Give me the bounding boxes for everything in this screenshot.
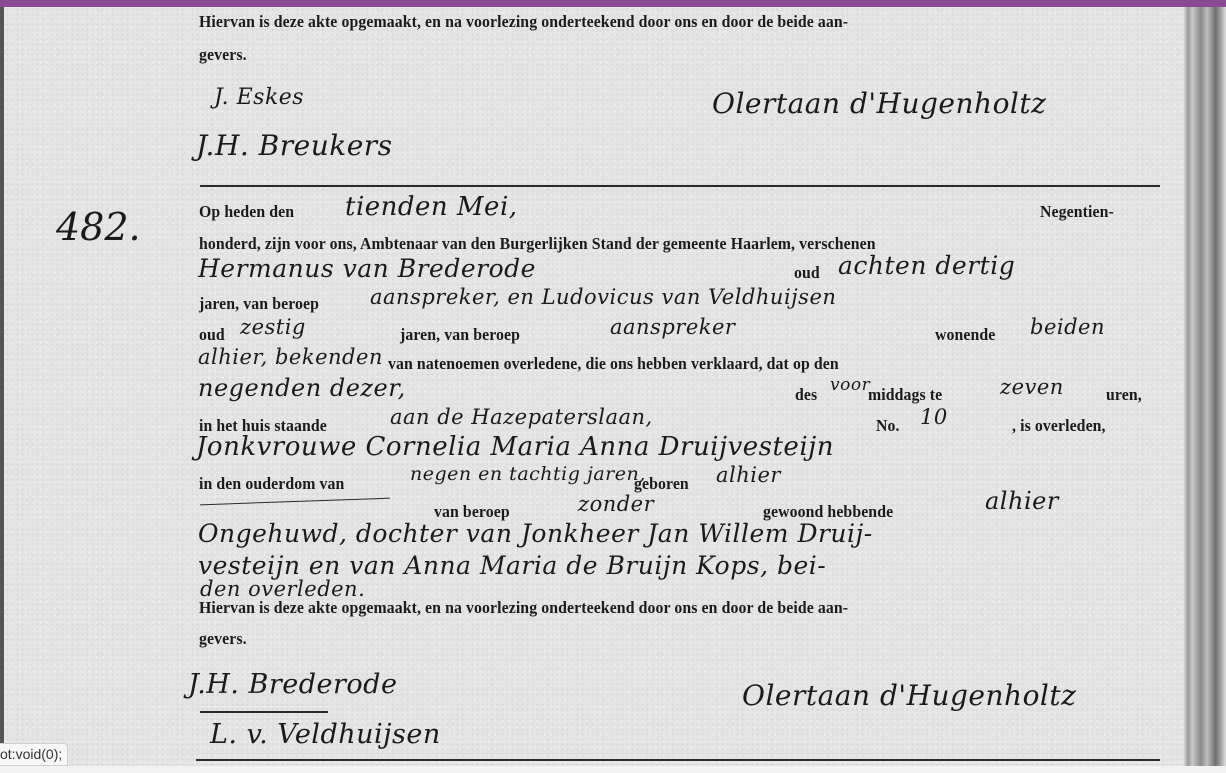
previous-signature-right: Olertaan d'Hugenholtz: [712, 87, 1046, 120]
handwritten-house-number: 10: [920, 405, 948, 429]
printed-text: jaren, van beroep: [400, 325, 520, 345]
handwritten-occupation: zonder: [578, 492, 654, 516]
entry-bottom-rule: [196, 759, 1160, 761]
handwritten-age: negen en tachtig jaren,: [410, 463, 646, 485]
page-left-edge: [0, 7, 4, 767]
printed-text: Op heden den: [199, 202, 294, 222]
printed-text: geboren: [634, 474, 689, 494]
previous-closing-line-2: gevers.: [199, 45, 247, 65]
handwritten-occupation: aanspreker: [610, 315, 735, 339]
handwritten-text: voor: [830, 375, 870, 395]
handwritten-age: achten dertig: [838, 251, 1015, 280]
printed-text: jaren, van beroep: [199, 294, 319, 314]
handwritten-date: tienden Mei,: [345, 192, 518, 222]
handwritten-text: alhier, bekenden: [198, 345, 383, 369]
previous-closing-line-1: Hiervan is deze akte opgemaakt, en na vo…: [199, 12, 848, 32]
entry-number: 482.: [56, 205, 141, 249]
printed-text: van natenoemen overledene, die ons hebbe…: [388, 354, 839, 374]
handwritten-parents-1: Ongehuwd, dochter van Jonkheer Jan Wille…: [198, 519, 873, 548]
printed-text: honderd, zijn voor ons, Ambtenaar van de…: [199, 234, 876, 254]
printed-text: oud: [794, 263, 820, 283]
handwritten-text: beiden: [1030, 315, 1105, 339]
entry-separator-rule: [200, 185, 1160, 187]
signature-underline: [200, 711, 328, 713]
handwritten-birthplace: alhier: [716, 463, 781, 487]
signature-right: Olertaan d'Hugenholtz: [742, 679, 1076, 712]
printed-text: , is overleden,: [1012, 416, 1106, 436]
printed-text: No.: [876, 416, 900, 436]
document-scan: Hiervan is deze akte opgemaakt, en na vo…: [0, 7, 1226, 767]
viewer-top-bar: [0, 0, 1226, 7]
printed-text: middags te: [868, 385, 942, 405]
closing-line-1: Hiervan is deze akte opgemaakt, en na vo…: [199, 598, 848, 618]
handwritten-address: aan de Hazepaterslaan,: [390, 405, 653, 429]
printed-text: Negentien-: [1040, 202, 1114, 222]
previous-signature-left-2: J.H. Breukers: [196, 129, 393, 162]
signature-left-1: J.H. Brederode: [188, 669, 397, 700]
printed-text: in den ouderdom van: [199, 474, 344, 494]
page-binding-edge: [1184, 7, 1226, 767]
previous-signature-left-1: J. Eskes: [214, 85, 304, 110]
handwritten-occupation-and-declarant-2: aanspreker, en Ludovicus van Veldhuijsen: [370, 285, 836, 309]
printed-text: des: [795, 385, 817, 405]
handwritten-name-declarant-1: Hermanus van Brederode: [198, 254, 536, 283]
viewer-bottom-bar: [0, 766, 1226, 773]
handwritten-age: zestig: [240, 315, 306, 339]
fill-line: [200, 498, 390, 506]
printed-text: uren,: [1106, 385, 1142, 405]
handwritten-death-date: negenden dezer,: [198, 374, 406, 402]
signature-left-2: L. v. Veldhuijsen: [210, 719, 441, 750]
handwritten-parents-2: vesteijn en van Anna Maria de Bruijn Kop…: [198, 551, 826, 580]
closing-line-2: gevers.: [199, 629, 247, 649]
status-link-tooltip: ot:void(0);: [0, 743, 68, 766]
handwritten-deceased-name: Jonkvrouwe Cornelia Maria Anna Druijvest…: [196, 432, 834, 462]
printed-text: wonende: [935, 325, 995, 345]
printed-text: oud: [199, 325, 225, 345]
handwritten-residence: alhier: [985, 487, 1059, 515]
handwritten-hour: zeven: [1000, 375, 1064, 399]
